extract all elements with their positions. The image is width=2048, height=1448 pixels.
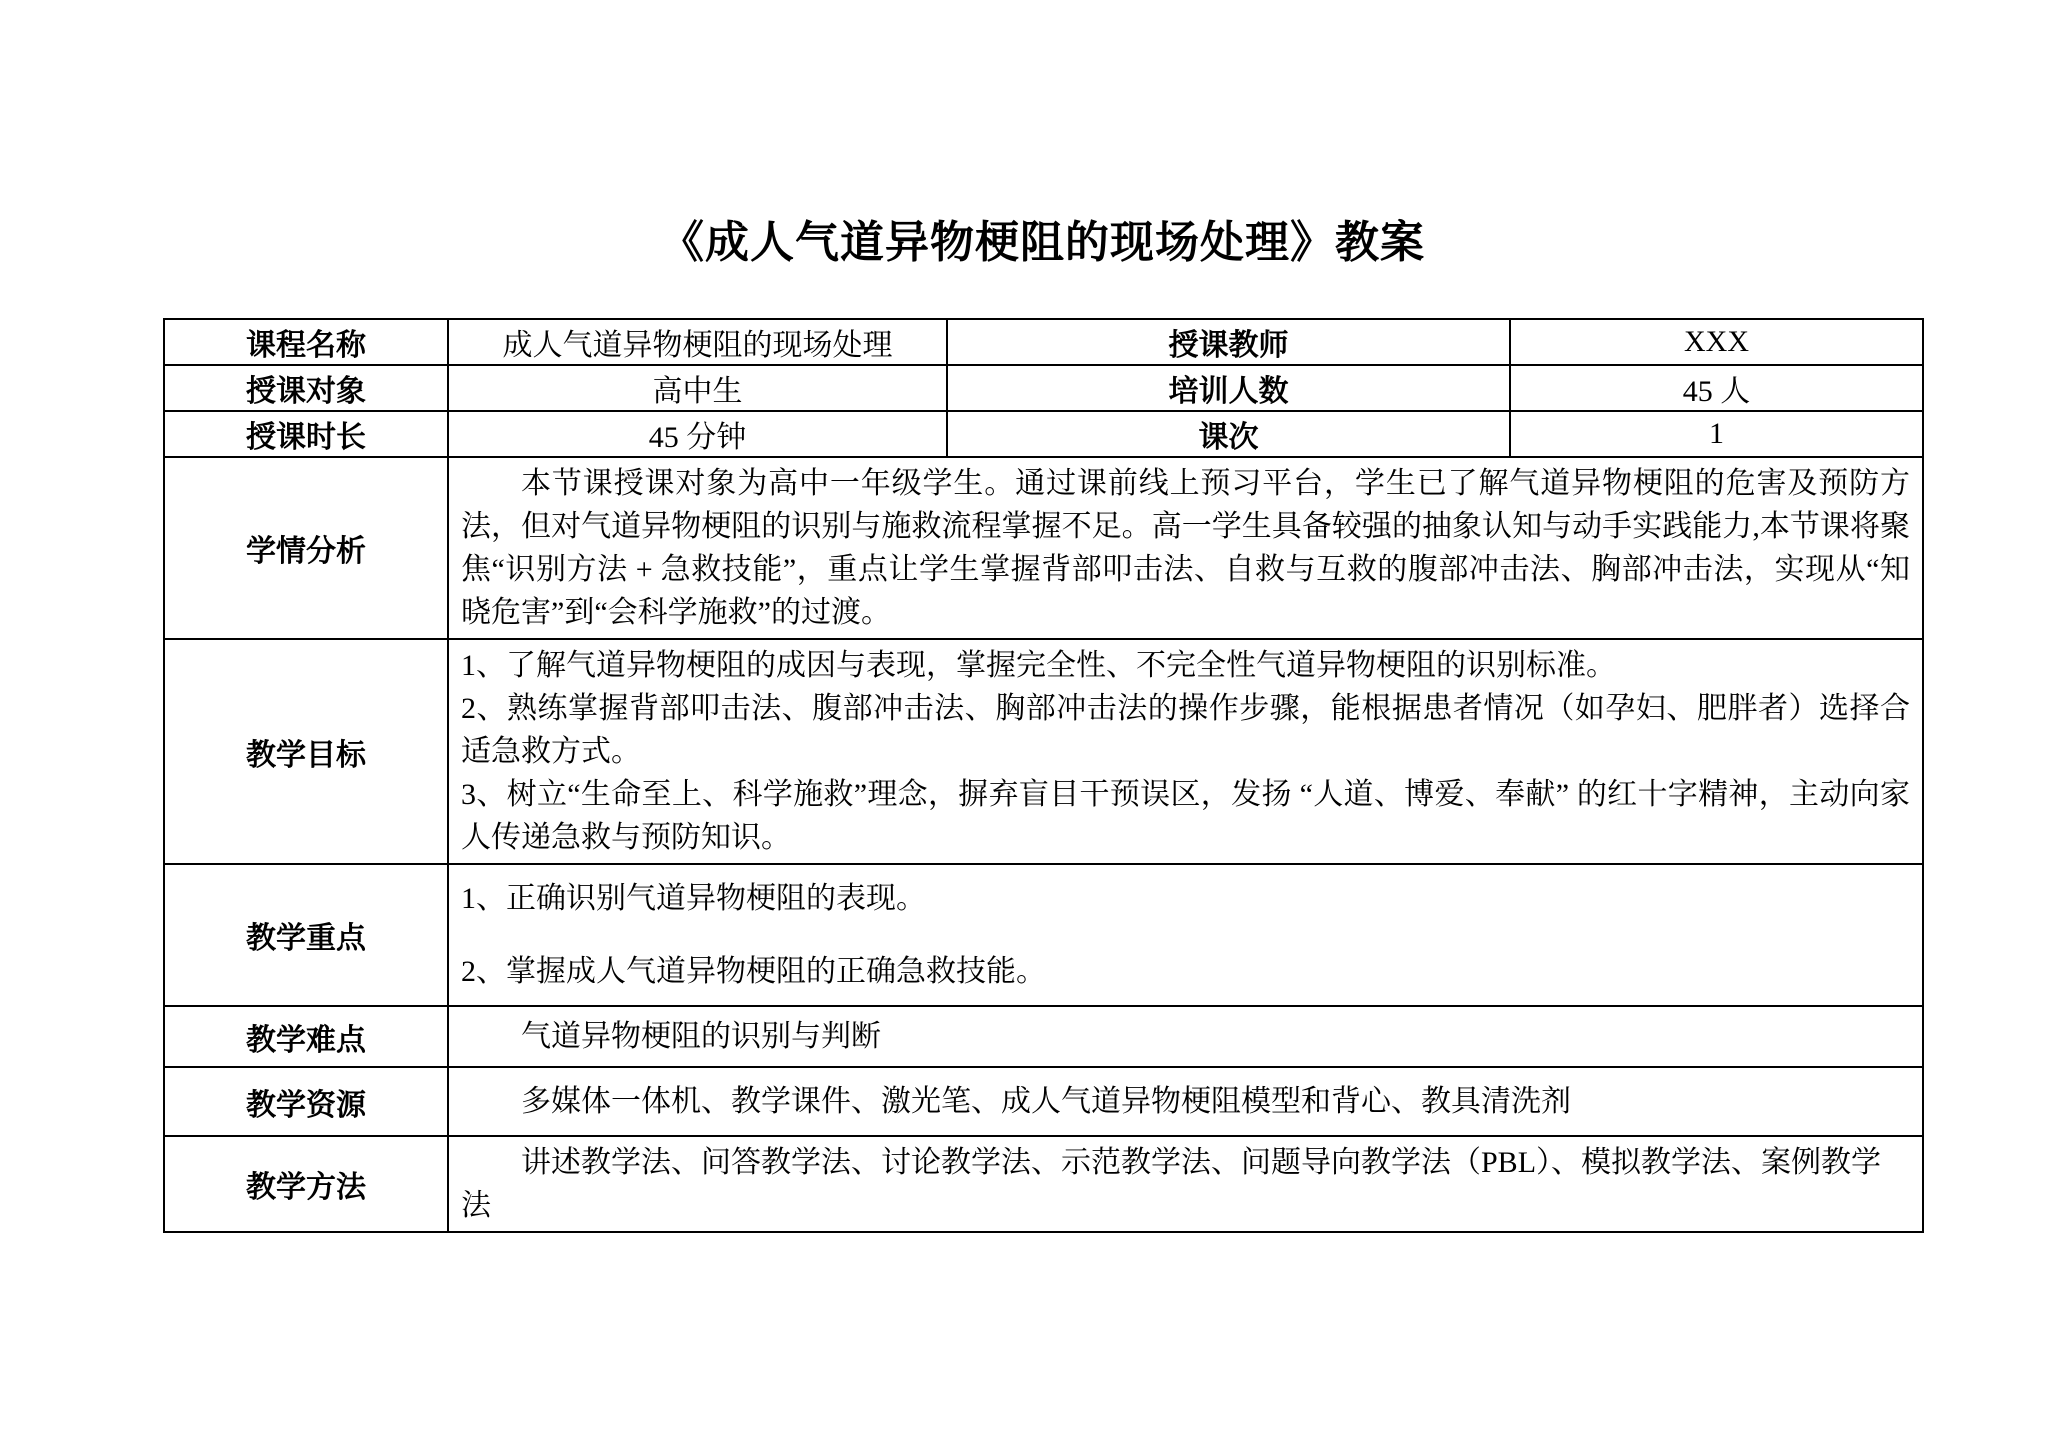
focus-item: 2、掌握成人气道异物梗阻的正确急救技能。 <box>461 950 1910 993</box>
trainee-count-label: 培训人数 <box>947 365 1510 411</box>
paragraph: 讲述教学法、问答教学法、讨论教学法、示范教学法、问题导向教学法（PBL）、模拟教… <box>461 1141 1910 1227</box>
trainee-count-value: 45 人 <box>1510 365 1923 411</box>
teaching-resources-cell: 多媒体一体机、教学课件、激光笔、成人气道异物梗阻模型和背心、教具清洗剂 <box>448 1067 1923 1136</box>
table-row: 教学目标 1、了解气道异物梗阻的成因与表现，掌握完全性、不完全性气道异物梗阻的识… <box>164 639 1923 864</box>
focus-item: 1、正确识别气道异物梗阻的表现。 <box>461 877 1910 920</box>
duration-value: 45 分钟 <box>448 411 947 457</box>
table-row: 教学难点 气道异物梗阻的识别与判断 <box>164 1006 1923 1067</box>
page-title: 《成人气道异物梗阻的现场处理》教案 <box>163 206 1922 270</box>
teacher-value: XXX <box>1510 319 1923 365</box>
paragraph: 气道异物梗阻的识别与判断 <box>461 1015 1910 1058</box>
learner-analysis-label: 学情分析 <box>164 457 448 639</box>
teaching-focus-cell: 1、正确识别气道异物梗阻的表现。 2、掌握成人气道异物梗阻的正确急救技能。 <box>448 864 1923 1006</box>
goal-item: 2、熟练掌握背部叩击法、腹部冲击法、胸部冲击法的操作步骤，能根据患者情况（如孕妇… <box>461 687 1910 773</box>
table-row: 授课时长 45 分钟 课次 1 <box>164 411 1923 457</box>
duration-label: 授课时长 <box>164 411 448 457</box>
course-name-label: 课程名称 <box>164 319 448 365</box>
paragraph: 多媒体一体机、教学课件、激光笔、成人气道异物梗阻模型和背心、教具清洗剂 <box>461 1080 1910 1123</box>
teaching-difficulty-cell: 气道异物梗阻的识别与判断 <box>448 1006 1923 1067</box>
teacher-label: 授课教师 <box>947 319 1510 365</box>
table-row: 教学重点 1、正确识别气道异物梗阻的表现。 2、掌握成人气道异物梗阻的正确急救技… <box>164 864 1923 1006</box>
paragraph: 本节课授课对象为高中一年级学生。通过课前线上预习平台，学生已了解气道异物梗阻的危… <box>461 462 1910 634</box>
teaching-difficulty-label: 教学难点 <box>164 1006 448 1067</box>
teaching-methods-label: 教学方法 <box>164 1136 448 1232</box>
session-number-label: 课次 <box>947 411 1510 457</box>
audience-label: 授课对象 <box>164 365 448 411</box>
table-row: 学情分析 本节课授课对象为高中一年级学生。通过课前线上预习平台，学生已了解气道异… <box>164 457 1923 639</box>
table-row: 课程名称 成人气道异物梗阻的现场处理 授课教师 XXX <box>164 319 1923 365</box>
course-name-value: 成人气道异物梗阻的现场处理 <box>448 319 947 365</box>
session-number-value: 1 <box>1510 411 1923 457</box>
lesson-plan-table: 课程名称 成人气道异物梗阻的现场处理 授课教师 XXX 授课对象 高中生 培训人… <box>163 318 1924 1233</box>
teaching-focus-label: 教学重点 <box>164 864 448 1006</box>
table-row: 授课对象 高中生 培训人数 45 人 <box>164 365 1923 411</box>
table-row: 教学资源 多媒体一体机、教学课件、激光笔、成人气道异物梗阻模型和背心、教具清洗剂 <box>164 1067 1923 1136</box>
audience-value: 高中生 <box>448 365 947 411</box>
teaching-goals-label: 教学目标 <box>164 639 448 864</box>
teaching-goals-cell: 1、了解气道异物梗阻的成因与表现，掌握完全性、不完全性气道异物梗阻的识别标准。 … <box>448 639 1923 864</box>
teaching-resources-label: 教学资源 <box>164 1067 448 1136</box>
table-row: 教学方法 讲述教学法、问答教学法、讨论教学法、示范教学法、问题导向教学法（PBL… <box>164 1136 1923 1232</box>
goal-item: 3、树立“生命至上、科学施救”理念，摒弃盲目干预误区，发扬 “人道、博爱、奉献”… <box>461 773 1910 859</box>
teaching-methods-cell: 讲述教学法、问答教学法、讨论教学法、示范教学法、问题导向教学法（PBL）、模拟教… <box>448 1136 1923 1232</box>
learner-analysis-cell: 本节课授课对象为高中一年级学生。通过课前线上预习平台，学生已了解气道异物梗阻的危… <box>448 457 1923 639</box>
goal-item: 1、了解气道异物梗阻的成因与表现，掌握完全性、不完全性气道异物梗阻的识别标准。 <box>461 644 1910 687</box>
